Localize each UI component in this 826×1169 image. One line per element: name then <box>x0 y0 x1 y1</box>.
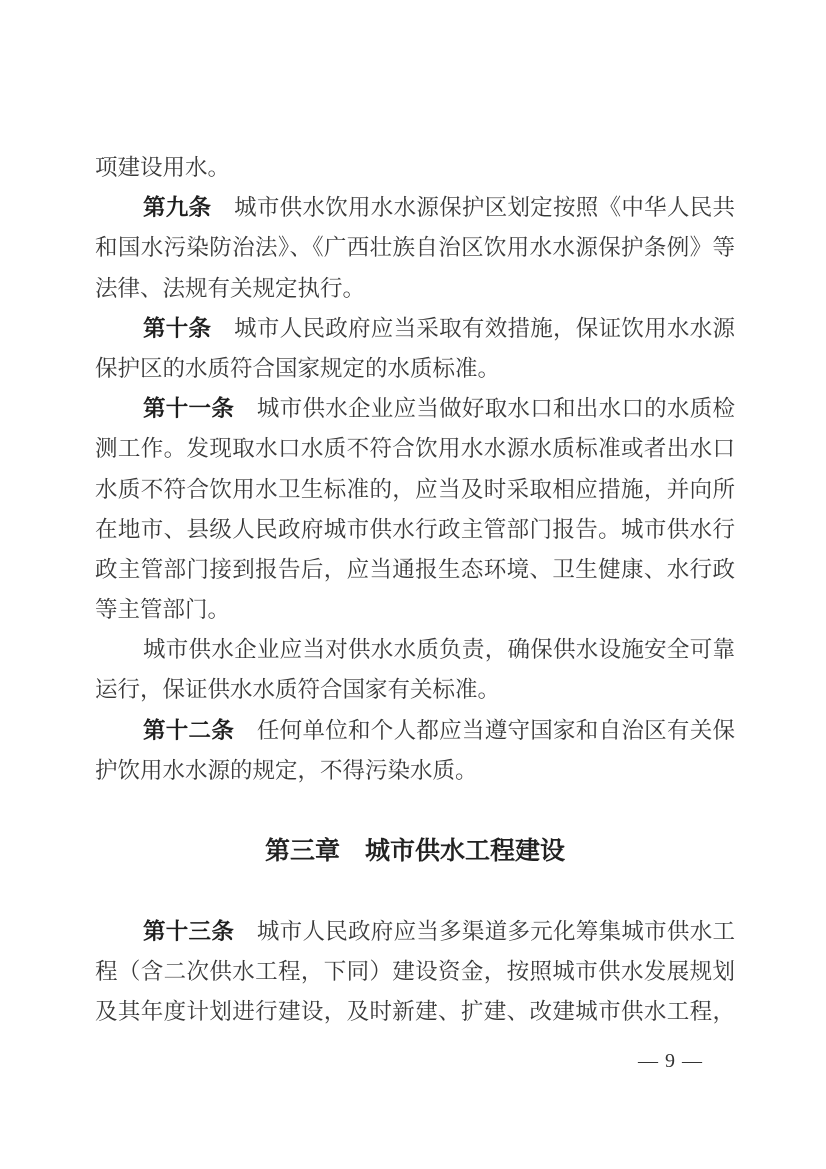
text-line: 运行，保证供水水质符合国家有关标准。 <box>95 670 735 710</box>
line-text: 和国水污染防治法》、《广西壮族自治区饮用水水源保护条例》等 <box>95 235 735 260</box>
document-body: 项建设用水。第九条 城市供水饮用水水源保护区划定按照《中华人民共和国水污染防治法… <box>95 148 735 1032</box>
line-text: 在地市、县级人民政府城市供水行政主管部门报告。城市供水行 <box>95 517 735 542</box>
line-text: 城市供水企业应当对供水水质负责，确保供水设施安全可靠 <box>143 637 735 662</box>
line-text: 第三章 城市供水工程建设 <box>265 837 565 865</box>
text-line: 第十三条 城市人民政府应当多渠道多元化筹集城市供水工 <box>95 912 735 952</box>
text-line: 程（含二次供水工程，下同）建设资金，按照城市供水发展规划 <box>95 952 735 992</box>
chapter-heading: 第三章 城市供水工程建设 <box>95 831 735 871</box>
line-text: 项建设用水。 <box>95 155 230 180</box>
line-text: 测工作。发现取水口水质不符合饮用水水源水质标准或者出水口 <box>95 436 735 461</box>
text-line: 第十条 城市人民政府应当采取有效措施，保证饮用水水源 <box>95 309 735 349</box>
text-line: 第十二条 任何单位和个人都应当遵守国家和自治区有关保 <box>95 711 735 751</box>
blank-line <box>95 871 735 911</box>
article-number: 第九条 <box>143 195 211 220</box>
line-text: 城市供水企业应当做好取水口和出水口的水质检 <box>234 396 735 421</box>
text-line: 项建设用水。 <box>95 148 735 188</box>
line-text: 城市供水饮用水水源保护区划定按照《中华人民共 <box>211 195 735 220</box>
line-text: 法律、法规有关规定执行。 <box>95 276 365 301</box>
line-text: 程（含二次供水工程，下同）建设资金，按照城市供水发展规划 <box>95 959 735 984</box>
line-text: 保护区的水质符合国家规定的水质标准。 <box>95 356 500 381</box>
article-number: 第十一条 <box>143 396 234 421</box>
article-number: 第十二条 <box>143 718 234 743</box>
line-text: 城市人民政府应当多渠道多元化筹集城市供水工 <box>234 919 735 944</box>
text-line: 第十一条 城市供水企业应当做好取水口和出水口的水质检 <box>95 389 735 429</box>
article-number: 第十条 <box>143 316 211 341</box>
text-line: 第九条 城市供水饮用水水源保护区划定按照《中华人民共 <box>95 188 735 228</box>
article-number: 第十三条 <box>143 919 234 944</box>
line-text: 等主管部门。 <box>95 597 230 622</box>
text-line: 护饮用水水源的规定，不得污染水质。 <box>95 751 735 791</box>
line-text: 水质不符合饮用水卫生标准的，应当及时采取相应措施，并向所 <box>95 477 735 502</box>
text-line: 在地市、县级人民政府城市供水行政主管部门报告。城市供水行 <box>95 510 735 550</box>
line-text: 城市人民政府应当采取有效措施，保证饮用水水源 <box>211 316 735 341</box>
line-text: 政主管部门接到报告后，应当通报生态环境、卫生健康、水行政 <box>95 557 735 582</box>
text-line: 等主管部门。 <box>95 590 735 630</box>
line-text: 任何单位和个人都应当遵守国家和自治区有关保 <box>234 718 735 743</box>
text-line: 城市供水企业应当对供水水质负责，确保供水设施安全可靠 <box>95 630 735 670</box>
line-text: 护饮用水水源的规定，不得污染水质。 <box>95 758 478 783</box>
blank-line <box>95 791 735 831</box>
text-line: 测工作。发现取水口水质不符合饮用水水源水质标准或者出水口 <box>95 429 735 469</box>
document-page: 项建设用水。第九条 城市供水饮用水水源保护区划定按照《中华人民共和国水污染防治法… <box>0 0 826 1169</box>
text-line: 及其年度计划进行建设，及时新建、扩建、改建城市供水工程， <box>95 992 735 1032</box>
text-line: 法律、法规有关规定执行。 <box>95 269 735 309</box>
line-text: 及其年度计划进行建设，及时新建、扩建、改建城市供水工程， <box>95 999 735 1024</box>
text-line: 政主管部门接到报告后，应当通报生态环境、卫生健康、水行政 <box>95 550 735 590</box>
text-line: 和国水污染防治法》、《广西壮族自治区饮用水水源保护条例》等 <box>95 228 735 268</box>
text-line: 保护区的水质符合国家规定的水质标准。 <box>95 349 735 389</box>
page-number: — 9 — <box>638 1048 703 1074</box>
text-line: 水质不符合饮用水卫生标准的，应当及时采取相应措施，并向所 <box>95 470 735 510</box>
line-text: 运行，保证供水水质符合国家有关标准。 <box>95 677 500 702</box>
